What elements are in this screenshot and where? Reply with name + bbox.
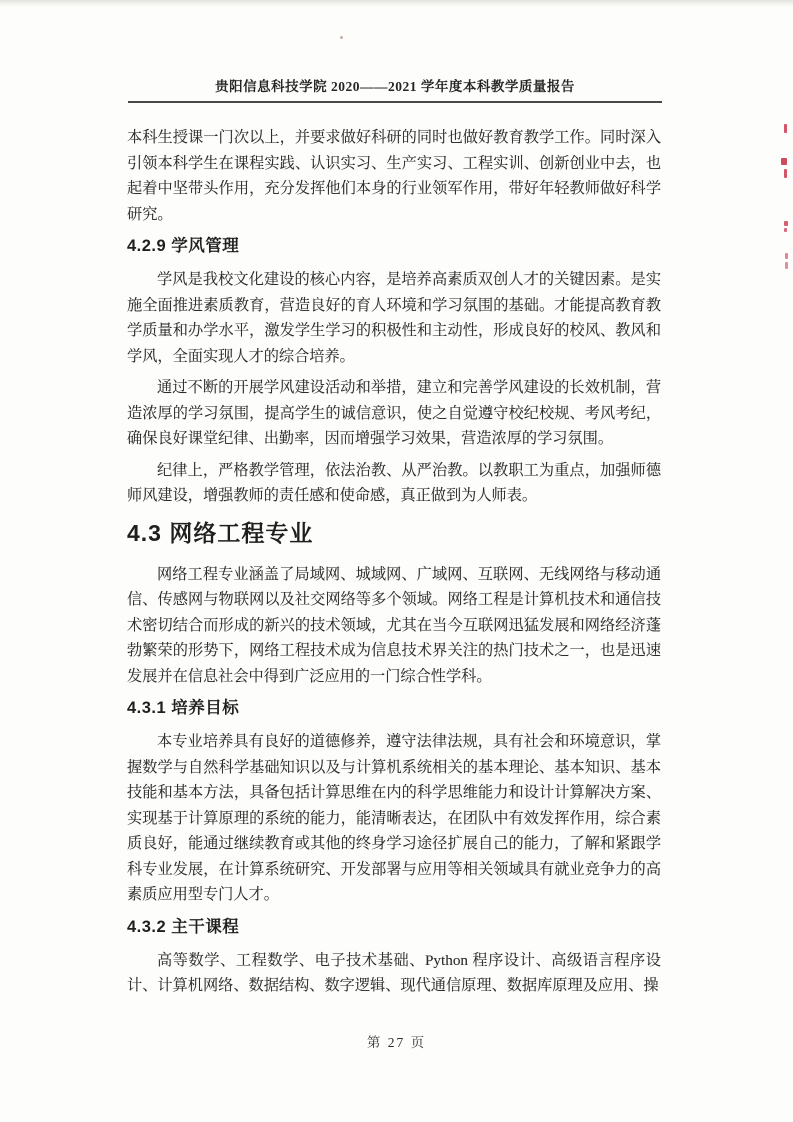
heading-4-3-2-main-courses: 4.3.2 主干课程 xyxy=(127,917,661,937)
heading-4-3-1-training-objectives: 4.3.1 培养目标 xyxy=(127,698,661,718)
red-edge-mark xyxy=(785,262,788,269)
page-footer: 第 27 页 xyxy=(0,1031,793,1051)
red-edge-mark xyxy=(784,221,788,226)
paragraph: 纪律上，严格教学管理，依法治教、从严治教。以教职工为重点，加强师德师风建设，增强… xyxy=(127,458,661,509)
paragraph: 本专业培养具有良好的道德修养，遵守法律法规，具有社会和环境意识，掌握数学与自然科… xyxy=(127,729,661,908)
red-edge-mark xyxy=(785,253,788,259)
paragraph: 网络工程专业涵盖了局域网、城域网、广域网、互联网、无线网络与移动通信、传感网与物… xyxy=(127,562,661,690)
red-edge-mark xyxy=(784,228,787,232)
red-edge-mark xyxy=(784,169,787,178)
running-header-title: 贵阳信息科技学院 2020——2021 学年度本科教学质量报告 xyxy=(215,79,575,94)
running-header: 贵阳信息科技学院 2020——2021 学年度本科教学质量报告 xyxy=(128,78,662,103)
paragraph: 学风是我校文化建设的核心内容，是培养高素质双创人才的关键因素。是实施全面推进素质… xyxy=(127,267,661,369)
scan-speck xyxy=(340,36,343,39)
red-edge-mark xyxy=(784,124,787,133)
red-edge-mark xyxy=(781,158,787,165)
page-number: 第 27 页 xyxy=(367,1035,426,1050)
paragraph: 通过不断的开展学风建设活动和举措，建立和完善学风建设的长效机制，营造浓厚的学习氛… xyxy=(127,375,661,452)
scanned-document-page: 贵阳信息科技学院 2020——2021 学年度本科教学质量报告 本科生授课一门次… xyxy=(0,0,793,1122)
paragraph-truncated: 高等数学、工程数学、电子技术基础、Python 程序设计、高级语言程序设计、计算… xyxy=(127,948,661,999)
paragraph-continuation: 本科生授课一门次以上，并要求做好科研的同时也做好教育教学工作。同时深入引领本科学… xyxy=(127,125,661,227)
heading-4-3-network-engineering-major: 4.3 网络工程专业 xyxy=(127,518,661,548)
scan-edge-artifact xyxy=(0,0,793,7)
heading-4-2-9-study-style-management: 4.2.9 学风管理 xyxy=(127,236,661,256)
page-body: 本科生授课一门次以上，并要求做好科研的同时也做好教育教学工作。同时深入引领本科学… xyxy=(127,125,661,1005)
